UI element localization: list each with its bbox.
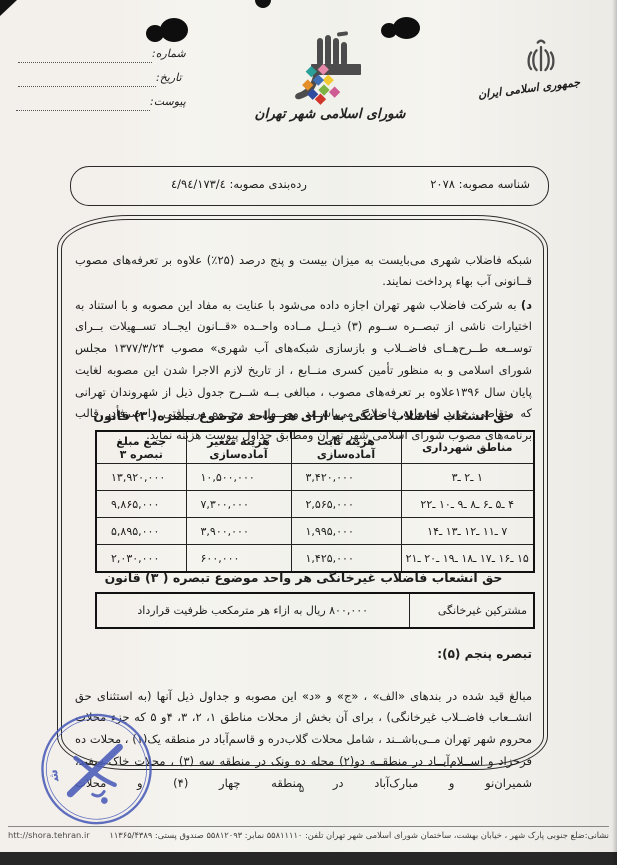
table-row: ۱ ـ۲ ـ۳ ۳,۴۲۰,۰۰۰ ۱۰,۵۰۰,۰۰۰ ۱۳,۹۲۰,۰۰۰ [96,464,534,491]
table-row: ۱۵ ـ۱۶ ـ۱۷ ـ۱۸ ـ۱۹ ـ۲۰ ـ۲۱ ۱,۴۲۵,۰۰۰ ۶۰۰… [96,545,534,573]
scanned-document-page: جمهوری اسلامی ایران [0,0,617,865]
reference-bar: شناسه مصوبه: ۲۰۷۸ رده‌بندی مصوبه: ٤/٩٤/١… [70,166,549,206]
districts-cell: ۱۵ ـ۱۶ ـ۱۷ ـ۱۸ ـ۱۹ ـ۲۰ ـ۲۱ [401,545,534,573]
total-cell: ۲,۰۳۰,۰۰۰ [96,545,186,573]
fixed-cost-cell: ۳,۴۲۰,۰۰۰ [291,464,401,491]
clause-d-marker: د) [521,298,532,312]
col-header-districts: مناطق شهرداری [401,431,534,464]
districts-cell: ۷ ـ۱۱ ـ۱۲ ـ۱۳ ـ۱۴ [401,518,534,545]
non-domestic-tariff-table: مشترکین غیرخانگی ۸۰۰,۰۰۰ ریال به ازاء هر… [95,592,535,629]
districts-cell: ۴ ـ۵ ـ۶ ـ۸ ـ۹ ـ۱۰ ـ۲۲ [401,491,534,518]
iran-emblem-icon [519,36,563,84]
scan-punch-mark [255,0,271,8]
variable-cost-cell: ۱۰,۵۰۰,۰۰۰ [186,464,291,491]
paragraph-continuation: شبکه فاضلاب شهری می‌بایست به میزان بیست … [75,250,532,294]
fixed-cost-cell: ۱,۴۲۵,۰۰۰ [291,545,401,573]
footer-divider [8,826,609,827]
districts-cell: ۱ ـ۲ ـ۳ [401,464,534,491]
col-header-variable-cost: هزینه متغیر آماده‌سازی [186,431,291,464]
redaction-blob [160,18,188,42]
table-header-row: مناطق شهرداری هزینه ثابت آماده‌سازی هزین… [96,431,534,464]
redaction-blob [393,17,420,39]
total-cell: ۹,۸۶۵,۰۰۰ [96,491,186,518]
variable-cost-cell: ۶۰۰,۰۰۰ [186,545,291,573]
variable-cost-cell: ۷,۳۰۰,۰۰۰ [186,491,291,518]
date-field-dotted-line [18,86,156,87]
scan-right-edge-shadow [612,0,617,865]
total-cell: ۵,۸۹۵,۰۰۰ [96,518,186,545]
resolution-classification: رده‌بندی مصوبه: ٤/٩٤/١٧٣/٤ [171,177,307,191]
resolution-id: شناسه مصوبه: ۲۰۷۸ [430,177,530,191]
table-row: ۴ ـ۵ ـ۶ ـ۸ ـ۹ ـ۱۰ ـ۲۲ ۲,۵۶۵,۰۰۰ ۷,۳۰۰,۰۰… [96,491,534,518]
footer-address: نشانی:ضلع جنوبی پارک شهر ، خیابان بهشت، … [109,830,609,840]
clause-d-paragraph: د) به شرکت فاضلاب شهر تهران اجازه داده م… [75,295,532,448]
scan-corner-mark [0,0,17,16]
fixed-cost-cell: ۲,۵۶۵,۰۰۰ [291,491,401,518]
table2-title: حق انشعاب فاضلاب غیرخانگی هر واحد موضوع … [75,570,532,585]
note5-title: تبصره پنجم (۵): [75,647,532,661]
col-header-total: جمع مبلغ تبصره ۳ [96,431,186,464]
total-cell: ۱۳,۹۲۰,۰۰۰ [96,464,186,491]
attachment-field-label: پیوست: [150,95,190,108]
date-field-label: تاریخ: [156,71,196,84]
col-header-fixed-cost: هزینه ثابت آماده‌سازی [291,431,401,464]
scan-bottom-edge [0,852,617,865]
table-row: ۷ ـ۱۱ ـ۱۲ ـ۱۳ ـ۱۴ ۱,۹۹۵,۰۰۰ ۳,۹۰۰,۰۰۰ ۵,… [96,518,534,545]
fixed-cost-cell: ۱,۹۹۵,۰۰۰ [291,518,401,545]
attachment-field-dotted-line [16,110,150,111]
footer-url: htt://shora.tehran.ir [8,830,90,840]
variable-cost-cell: ۳,۹۰۰,۰۰۰ [186,518,291,545]
number-field-dotted-line [18,62,152,63]
council-logo-icon [281,24,367,114]
table-row: مشترکین غیرخانگی ۸۰۰,۰۰۰ ریال به ازاء هر… [96,593,534,628]
table1-title: حق انشعاب فاضلاب خانگی به ازای هر واحد م… [75,408,532,423]
footer: نشانی:ضلع جنوبی پارک شهر ، خیابان بهشت، … [8,830,609,840]
subscriber-type-cell: مشترکین غیرخانگی [409,593,534,628]
council-name-caption: شورای اسلامی شهر تهران [222,106,438,122]
number-field-label: شماره: [152,47,192,60]
domestic-tariff-table: مناطق شهرداری هزینه ثابت آماده‌سازی هزین… [95,430,535,573]
tariff-value-cell: ۸۰۰,۰۰۰ ریال به ازاء هر مترمکعب ظرفیت قر… [96,593,409,628]
